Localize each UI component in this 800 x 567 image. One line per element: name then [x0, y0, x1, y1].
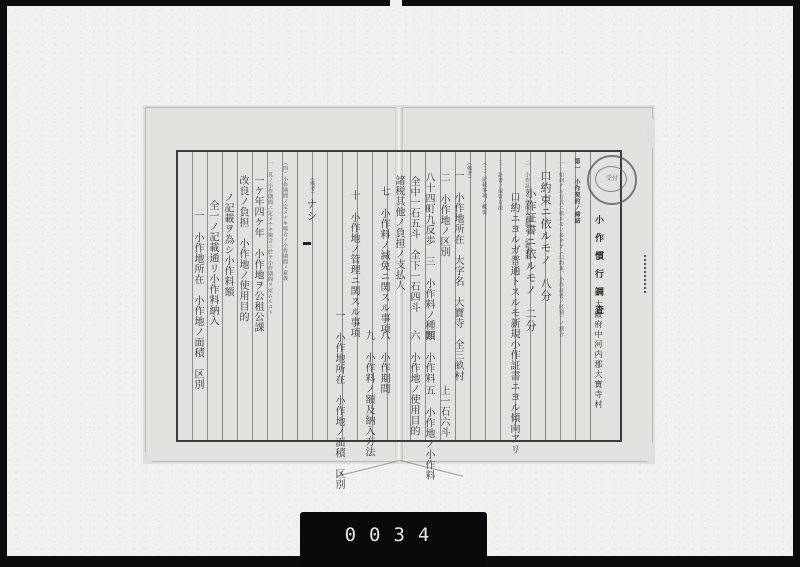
margin-mark: [644, 255, 646, 295]
left-answer-8: ノ記載ヲ為シ小作料額: [222, 192, 232, 297]
left-answer-6: 一ケ年四ケ年 小作地ヲ公租公課: [252, 175, 262, 333]
receipt-stamp: 受付: [587, 155, 637, 205]
remarks-label-right: （備考）: [466, 160, 471, 182]
printed-question-4: （二）記載事項ノ概要: [481, 160, 486, 215]
answer-deed-ratio: 小作証書ニ依ルモノ 二分: [525, 188, 536, 332]
remark-line-1: 一 小作地所在 大字名 大寶寺 全三畝村: [452, 170, 462, 381]
printed-question-1: 一 如何ナル方式ニ依ルモノ多キヤ（口約束、小作証書ノ区別）ノ割合: [558, 160, 563, 337]
left-answer-5: 一 小作地所在 小作地ノ面積 区別: [333, 310, 343, 490]
remark-line-6: 上一石六斗: [438, 385, 448, 438]
left-answer-10: 一 小作地所在 小作地ノ面積 区別: [192, 210, 202, 390]
remark-line-4: 全中一石五斗 全下一石四斗: [408, 176, 418, 313]
remark-line-2: 二 小作地ノ区別: [438, 172, 448, 257]
remark-line-3: 八十四町九反歩 三 小作料ノ種類: [423, 172, 433, 341]
left-answer-7: 改良ノ負担 小作地ノ使用目的: [237, 175, 247, 322]
printed-question-3: 三 証書ノ保管方法: [497, 160, 502, 211]
left-answer-1: 七 小作料ノ減免ニ関スル事項: [378, 186, 388, 334]
remark-line-9: 諸税其他ノ負担ノ支払人: [393, 175, 403, 291]
remark-line-7: 五 小作地ノ小作料: [423, 385, 433, 481]
film-notch: [390, 0, 402, 8]
printed-subheading-left: 一 其ノ小作期間ニ定メナキ場合ニ於テ小作期間ヲ定ムルコト: [267, 160, 272, 315]
village-location: 大阪府中河内郡大寶寺村: [594, 300, 602, 410]
answer-verbal-ratio: 口約束ニ依ルモノ 八分: [540, 170, 551, 302]
printed-heading-left: （四）小作期間ノ定メナキ場合ノ小作期間ノ意義: [282, 160, 287, 281]
left-answer-9: 全一ノ記載通リ小作料納入: [207, 200, 217, 326]
answer-trend: 口約ニヨルガ普通トスルモ新規小作証書ニヨル傾向アリ: [508, 192, 518, 455]
frame-counter-tab: 0034: [300, 512, 487, 567]
left-answer-4: 十 小作地ノ管理ニ関スル事項: [348, 190, 358, 338]
left-answer-3: 九 小作料ノ額及納入方法: [363, 330, 373, 457]
left-answer-2: 八 小作期間: [378, 330, 388, 394]
film-clip-mark: [303, 242, 311, 245]
section-heading: 第一 小作契約ノ締結: [573, 158, 579, 224]
remarks-label-left: （備考）: [309, 175, 314, 197]
frame-number: 0034: [300, 524, 487, 546]
remark-line-8: 六 小作地ノ使用目的: [408, 330, 418, 436]
stamp-text: 受付: [589, 173, 635, 182]
remark-line-5: 四 小作料: [423, 330, 433, 384]
remarks-value-none: ナシ: [306, 198, 317, 222]
